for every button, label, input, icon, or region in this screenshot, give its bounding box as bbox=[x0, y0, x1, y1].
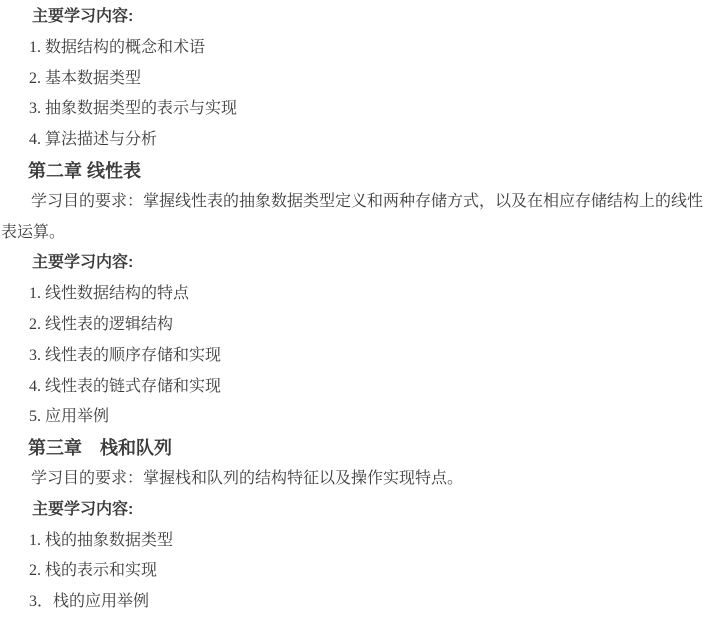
list-item: 1. 栈的抽象数据类型 bbox=[0, 526, 705, 557]
list-item: 4. 线性表的链式存储和实现 bbox=[0, 372, 705, 403]
paragraph-line: 学习目的要求：掌握栈和队列的结构特征以及操作实现特点。 bbox=[0, 464, 705, 495]
paragraph-line: 学习目的要求：掌握线性表的抽象数据类型定义和两种存储方式，以及在相应存储结构上的… bbox=[0, 187, 705, 218]
section-heading: 主要学习内容: bbox=[0, 495, 705, 526]
list-item: 3. 线性表的顺序存储和实现 bbox=[0, 341, 705, 372]
chapter-heading: 第三章 栈和队列 bbox=[0, 433, 705, 464]
section-heading: 主要学习内容: bbox=[0, 248, 705, 279]
list-item: 1. 数据结构的概念和术语 bbox=[0, 33, 705, 64]
chapter-heading: 第二章 线性表 bbox=[0, 156, 705, 187]
list-item: 4. 算法描述与分析 bbox=[0, 125, 705, 156]
document-page: 主要学习内容: 1. 数据结构的概念和术语 2. 基本数据类型 3. 抽象数据类… bbox=[0, 0, 705, 618]
list-item: 1. 线性数据结构的特点 bbox=[0, 279, 705, 310]
section-heading: 主要学习内容: bbox=[0, 2, 705, 33]
list-item: 2. 栈的表示和实现 bbox=[0, 556, 705, 587]
list-item: 2. 基本数据类型 bbox=[0, 64, 705, 95]
list-item: 2. 线性表的逻辑结构 bbox=[0, 310, 705, 341]
paragraph-line: 表运算。 bbox=[0, 218, 705, 249]
list-item: 5. 应用举例 bbox=[0, 402, 705, 433]
list-item: 3. 抽象数据类型的表示与实现 bbox=[0, 94, 705, 125]
list-item: 3．栈的应用举例 bbox=[0, 587, 705, 618]
